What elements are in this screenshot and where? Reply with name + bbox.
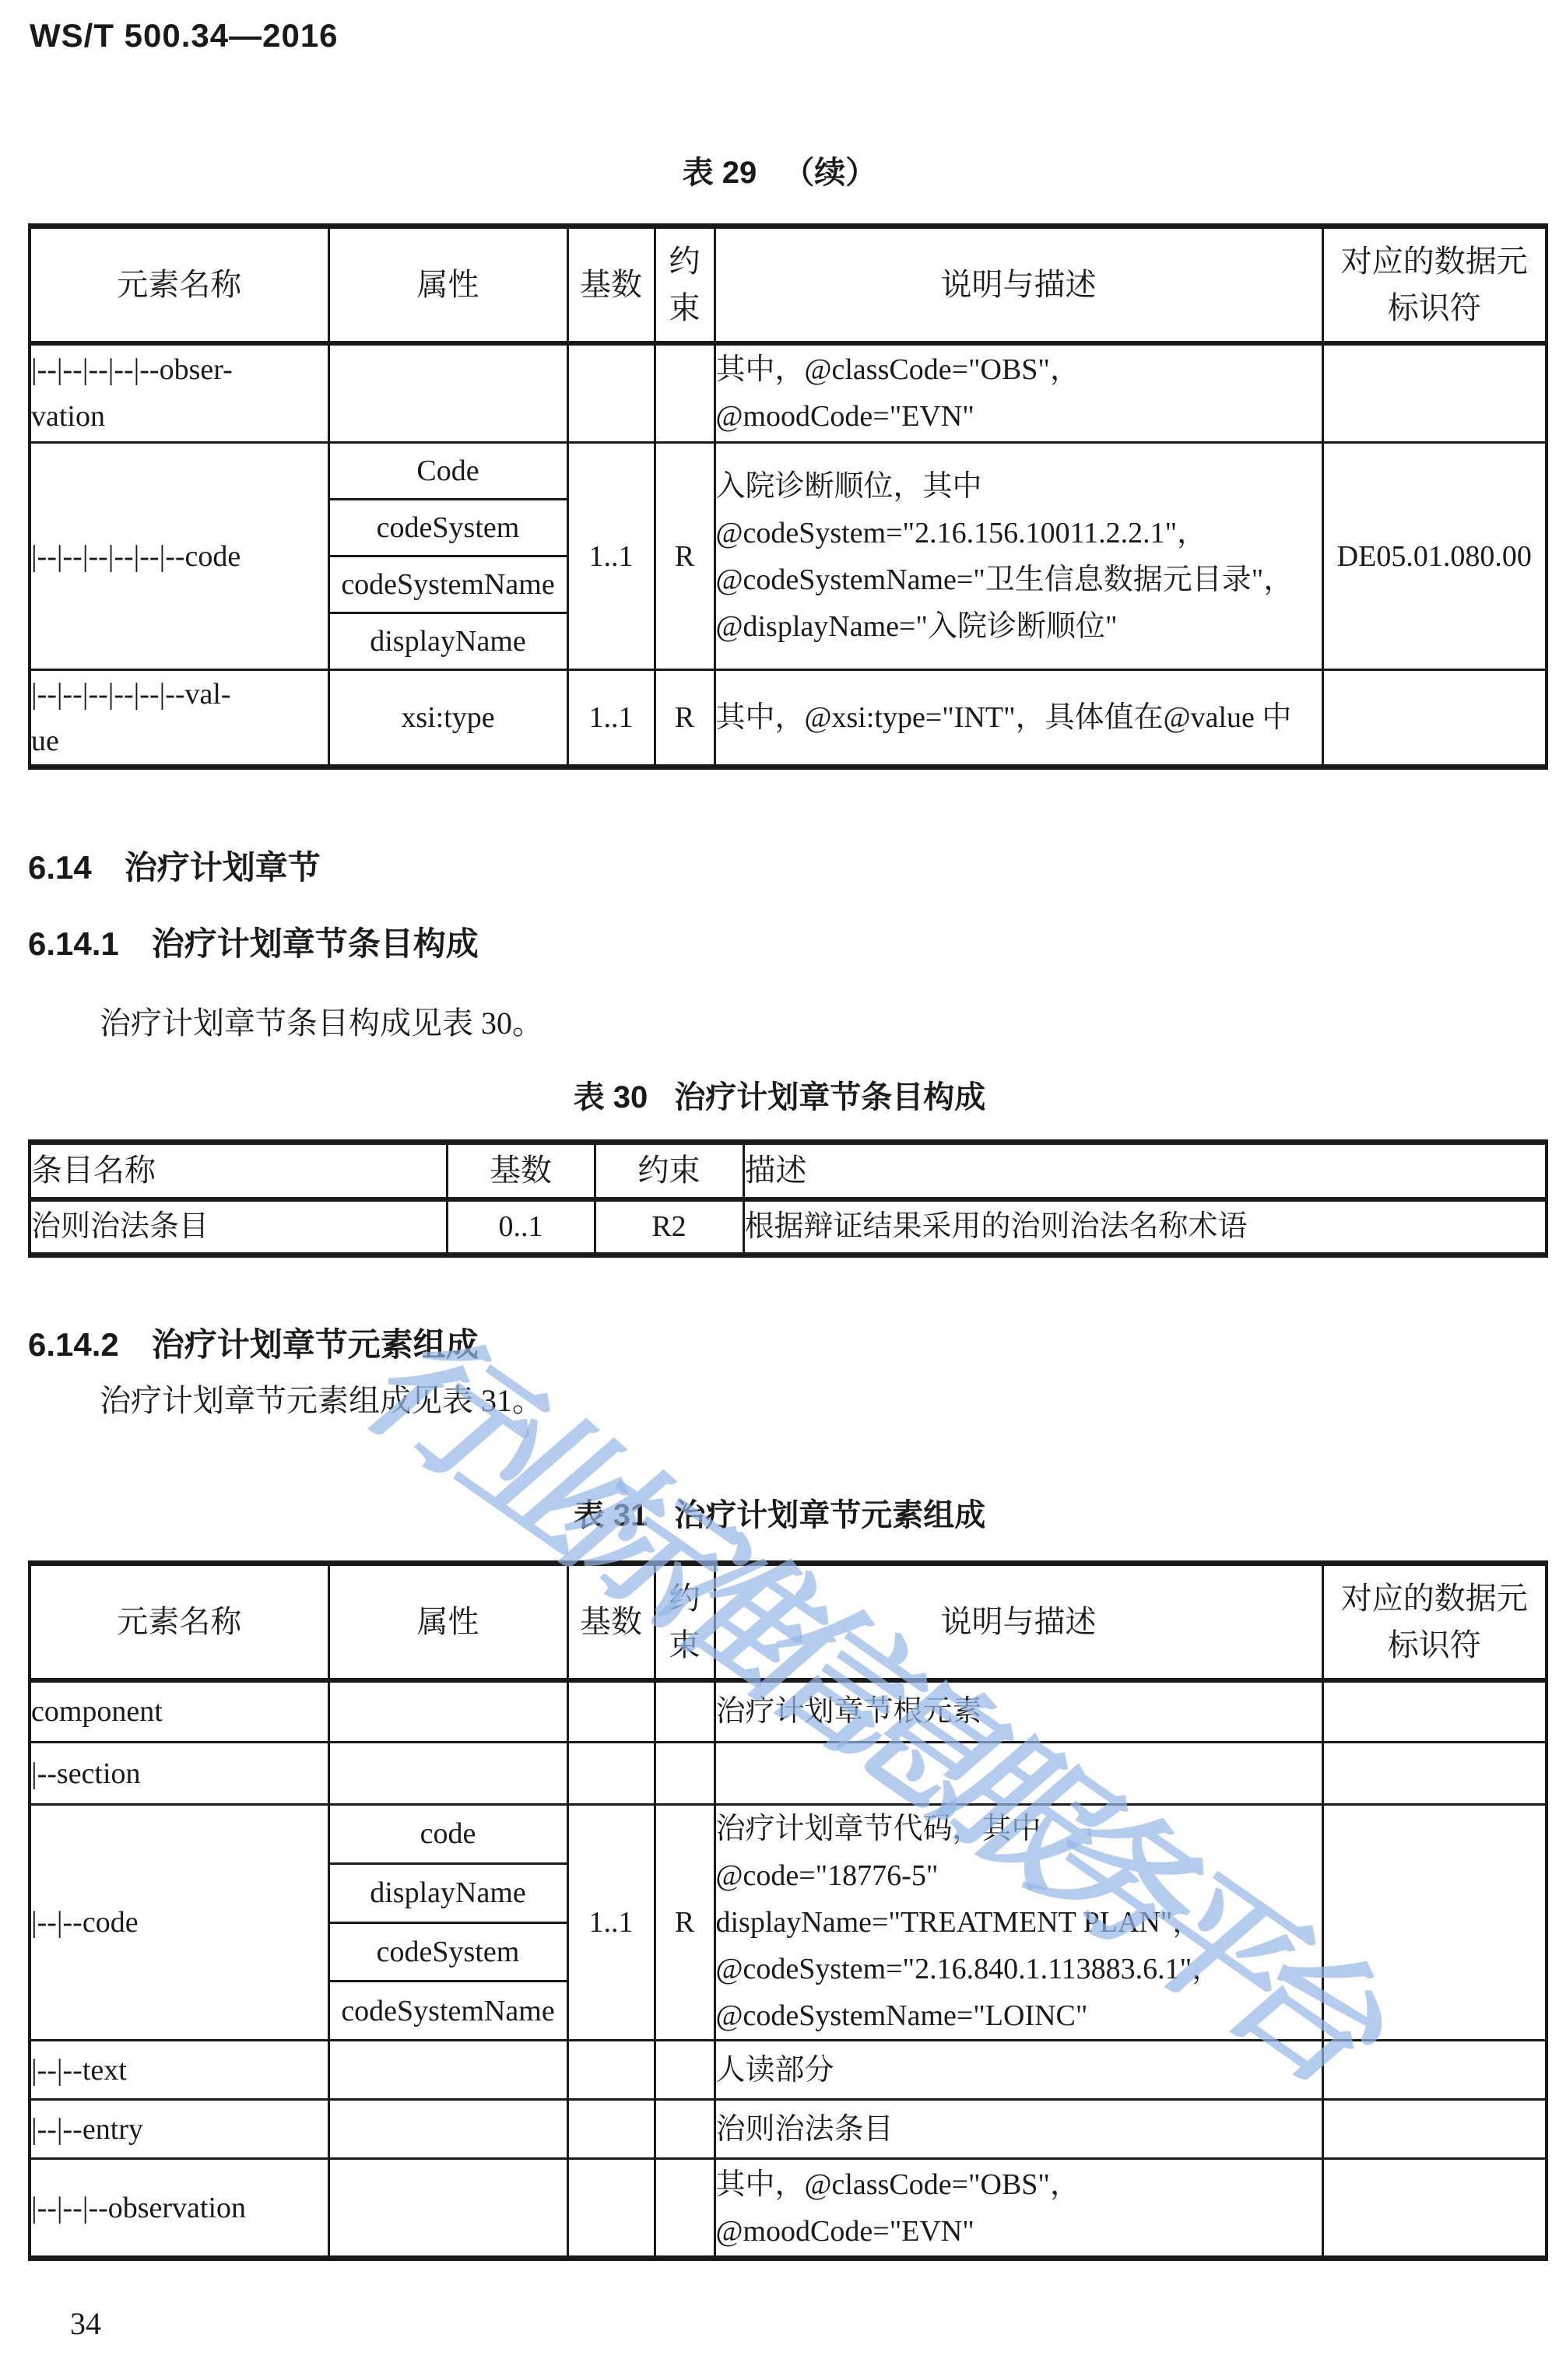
col-header-description: 说明与描述 (715, 1564, 1322, 1680)
col-header-attribute: 属性 (328, 1564, 567, 1680)
data-element-id-cell (1322, 1743, 1547, 1805)
attribute-cell (328, 2159, 567, 2259)
element-name-cell: component (30, 1680, 328, 1743)
data-element-id-cell (1322, 343, 1547, 443)
section-title: 治疗计划章节 (125, 849, 321, 886)
paragraph-6-14-2: 治疗计划章节元素组成见表 31。 (100, 1376, 543, 1420)
table30-header-row: 条目名称 基数 约束 描述 (30, 1143, 1547, 1199)
col-header-entry-name: 条目名称 (30, 1143, 447, 1199)
element-name-cell: |--|--|--|--|--|--val- ue (30, 670, 328, 767)
cardinality-cell: 0..1 (447, 1199, 595, 1255)
description-cell: 其中，@xsi:type="INT"，具体值在@value 中 (715, 670, 1322, 767)
constraint-cell (655, 1743, 715, 1805)
attribute-cell: xsi:type (328, 670, 567, 767)
col-header-cardinality: 基数 (447, 1143, 595, 1199)
description-cell: 治疗计划章节根元素 (715, 1680, 1322, 1743)
element-name-cell: |--|--|--|--|--|--code (30, 443, 328, 670)
attribute-cell: displayName (328, 613, 567, 670)
col-header-description: 描述 (743, 1143, 1547, 1199)
table-row: |--|--|--observation 其中，@classCode="OBS"… (30, 2159, 1547, 2259)
page-number: 34 (70, 2305, 101, 2342)
section-heading-6-14-2: 6.14.2治疗计划章节元素组成 (28, 1319, 479, 1366)
attribute-cell: codeSystemName (328, 1982, 567, 2041)
col-header-constraint: 约 束 (655, 226, 715, 343)
data-element-id-cell (1322, 670, 1547, 767)
table29-caption-label: 表 29 (683, 156, 757, 190)
attribute-cell: codeSystemName (328, 556, 567, 613)
table31-caption: 表 31治疗计划章节元素组成 (0, 1490, 1559, 1535)
table-row: |--|--|--|--|--obser- vation 其中，@classCo… (30, 343, 1547, 443)
cardinality-cell (567, 2159, 655, 2259)
cardinality-cell (567, 2100, 655, 2159)
constraint-cell (655, 343, 715, 443)
table-row: 治则治法条目 0..1 R2 根据辩证结果采用的治则治法名称术语 (30, 1199, 1547, 1255)
col-header-description: 说明与描述 (715, 226, 1322, 343)
paragraph-6-14-1: 治疗计划章节条目构成见表 30。 (100, 999, 543, 1043)
section-number: 6.14.1 (28, 925, 119, 962)
col-header-element-name: 元素名称 (30, 1564, 328, 1680)
table-row: |--|--code code 1..1 R 治疗计划章节代码，其中 @code… (30, 1805, 1547, 1864)
description-cell: 人读部分 (715, 2041, 1322, 2100)
constraint-cell: R (655, 670, 715, 767)
description-cell: 入院诊断顺位，其中 @codeSystem="2.16.156.10011.2.… (715, 443, 1322, 670)
element-name-cell: |--|--|--observation (30, 2159, 328, 2259)
table-row: |--|--entry 治则治法条目 (30, 2100, 1547, 2159)
constraint-cell: R (655, 443, 715, 670)
col-header-element-name: 元素名称 (30, 226, 328, 343)
data-element-id-cell (1322, 2159, 1547, 2259)
cardinality-cell: 1..1 (567, 443, 655, 670)
constraint-cell: R (655, 1805, 715, 2041)
section-heading-6-14: 6.14治疗计划章节 (28, 842, 321, 889)
table30-caption-label: 表 30 (574, 1080, 648, 1115)
constraint-cell (655, 2100, 715, 2159)
element-name-cell: |--|--text (30, 2041, 328, 2100)
constraint-cell (655, 2159, 715, 2259)
data-element-id-cell (1322, 2041, 1547, 2100)
data-element-id-cell (1322, 1680, 1547, 1743)
cardinality-cell (567, 343, 655, 443)
table30-caption-text: 治疗计划章节条目构成 (674, 1080, 985, 1115)
description-cell: 治则治法条目 (715, 2100, 1322, 2159)
table29-caption: 表 29（续） (0, 148, 1559, 192)
table-30: 条目名称 基数 约束 描述 治则治法条目 0..1 R2 根据辩证结果采用的治则… (28, 1139, 1548, 1258)
cardinality-cell (567, 2041, 655, 2100)
constraint-cell (655, 2041, 715, 2100)
description-cell: 其中，@classCode="OBS"， @moodCode="EVN" (715, 343, 1322, 443)
section-number: 6.14 (28, 849, 92, 886)
attribute-cell (328, 1680, 567, 1743)
element-name-cell: |--|--entry (30, 2100, 328, 2159)
table-row: |--|--text 人读部分 (30, 2041, 1547, 2100)
element-name-cell: |--|--|--|--|--obser- vation (30, 343, 328, 443)
table-31: 元素名称 属性 基数 约 束 说明与描述 对应的数据元 标识符 componen… (28, 1560, 1548, 2261)
constraint-cell (655, 1680, 715, 1743)
table-row: |--|--|--|--|--|--val- ue xsi:type 1..1 … (30, 670, 1547, 767)
description-cell: 根据辩证结果采用的治则治法名称术语 (743, 1199, 1547, 1255)
table-row: |--section (30, 1743, 1547, 1805)
col-header-attribute: 属性 (328, 226, 567, 343)
attribute-cell: codeSystem (328, 500, 567, 556)
cardinality-cell: 1..1 (567, 670, 655, 767)
section-heading-6-14-1: 6.14.1治疗计划章节条目构成 (28, 918, 479, 965)
col-header-constraint: 约 束 (655, 1564, 715, 1680)
table29-caption-suffix: （续） (783, 156, 876, 190)
element-name-cell: |--|--code (30, 1805, 328, 2041)
table-row: |--|--|--|--|--|--code Code 1..1 R 入院诊断顺… (30, 443, 1547, 500)
col-header-cardinality: 基数 (567, 226, 655, 343)
table-row: component 治疗计划章节根元素 (30, 1680, 1547, 1743)
section-title: 治疗计划章节元素组成 (152, 1326, 479, 1363)
attribute-cell (328, 2100, 567, 2159)
attribute-cell (328, 2041, 567, 2100)
attribute-cell: displayName (328, 1863, 567, 1922)
col-header-constraint: 约束 (595, 1143, 743, 1199)
cardinality-cell: 1..1 (567, 1805, 655, 2041)
description-cell (715, 1743, 1322, 1805)
cardinality-cell (567, 1743, 655, 1805)
table31-caption-text: 治疗计划章节元素组成 (674, 1498, 985, 1532)
section-number: 6.14.2 (28, 1326, 119, 1363)
table31-caption-label: 表 31 (574, 1498, 648, 1532)
data-element-id-cell (1322, 1805, 1547, 2041)
data-element-id-cell: DE05.01.080.00 (1322, 443, 1547, 670)
section-title: 治疗计划章节条目构成 (152, 925, 479, 962)
col-header-cardinality: 基数 (567, 1564, 655, 1680)
attribute-cell: code (328, 1805, 567, 1864)
entry-name-cell: 治则治法条目 (30, 1199, 447, 1255)
col-header-data-element-id: 对应的数据元 标识符 (1322, 1564, 1547, 1680)
table29-header-row: 元素名称 属性 基数 约 束 说明与描述 对应的数据元 标识符 (30, 226, 1547, 343)
attribute-cell (328, 1743, 567, 1805)
attribute-cell: Code (328, 443, 567, 500)
cardinality-cell (567, 1680, 655, 1743)
col-header-data-element-id: 对应的数据元 标识符 (1322, 226, 1547, 343)
constraint-cell: R2 (595, 1199, 743, 1255)
description-cell: 其中，@classCode="OBS"， @moodCode="EVN" (715, 2159, 1322, 2259)
attribute-cell (328, 343, 567, 443)
description-cell: 治疗计划章节代码，其中 @code="18776-5" displayName=… (715, 1805, 1322, 2041)
standard-code: WS/T 500.34—2016 (30, 17, 339, 54)
table-29: 元素名称 属性 基数 约 束 说明与描述 对应的数据元 标识符 |--|--|-… (28, 223, 1548, 770)
table30-caption: 表 30治疗计划章节条目构成 (0, 1072, 1559, 1117)
attribute-cell: codeSystem (328, 1922, 567, 1982)
table31-header-row: 元素名称 属性 基数 约 束 说明与描述 对应的数据元 标识符 (30, 1564, 1547, 1680)
document-page: WS/T 500.34—2016 表 29（续） 元素名称 属性 基数 约 束 … (0, 0, 1559, 2380)
data-element-id-cell (1322, 2100, 1547, 2159)
element-name-cell: |--section (30, 1743, 328, 1805)
